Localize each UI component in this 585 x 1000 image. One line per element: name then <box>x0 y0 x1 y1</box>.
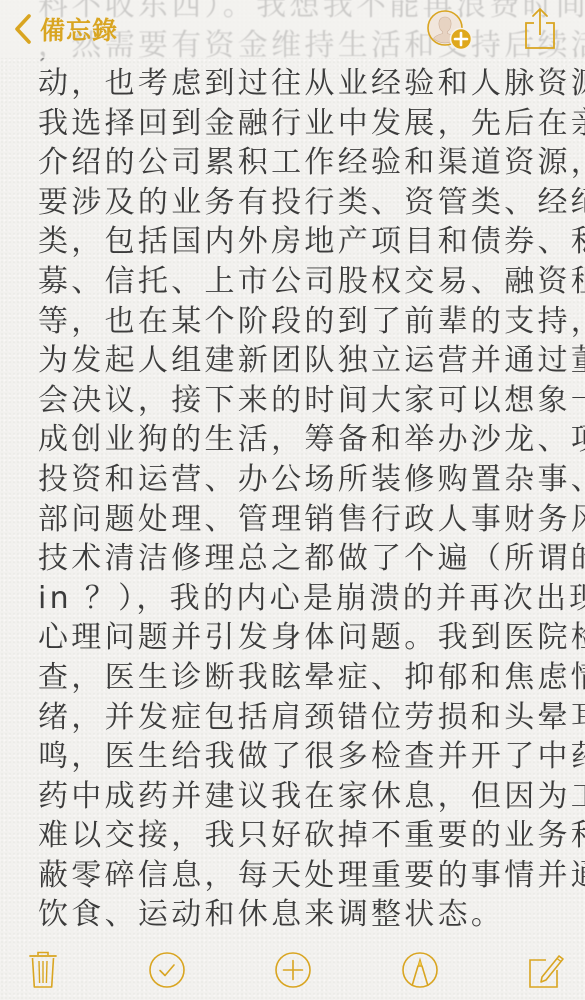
checklist-button[interactable] <box>145 948 189 992</box>
markup-button[interactable] <box>398 948 442 992</box>
note-line: 为发起人组建新团队独立运营并通过董事 <box>38 341 538 381</box>
note-line: 鸣，医生给我做了很多检查并开了中药西 <box>38 737 538 777</box>
note-line: 我选择回到金融行业中发展，先后在亲友 <box>38 104 538 144</box>
trash-icon <box>28 950 58 990</box>
add-button[interactable] <box>271 948 315 992</box>
note-line: in ？），我的内心是崩溃的并再次出现了 <box>38 579 538 619</box>
note-line: 成创业狗的生活，筹备和举办沙龙、项目 <box>38 420 538 460</box>
pen-tip-circle-icon <box>401 951 439 989</box>
note-line: 介绍的公司累积工作经验和渠道资源，主 <box>38 143 538 183</box>
back-label: 備忘錄 <box>40 11 118 47</box>
bottom-toolbar <box>0 940 585 1000</box>
note-line: 技术清洁修理总之都做了个遍（所谓的all <box>38 539 538 579</box>
note-line: 募、信托、上市公司股权交易、融资租赁 <box>38 262 538 302</box>
checkmark-circle-icon <box>148 951 186 989</box>
note-line: 会决议，接下来的时间大家可以想象一下 <box>38 381 538 421</box>
note-line: 查，医生诊断我眩晕症、抑郁和焦虑情 <box>38 658 538 698</box>
note-line: 蔽零碎信息，每天处理重要的事情并通过 <box>38 856 538 896</box>
note-line: 类，包括国内外房地产项目和债券、私 <box>38 222 538 262</box>
note-line: 绪，并发症包括肩颈错位劳损和头晕耳 <box>38 698 538 738</box>
back-button[interactable]: 備忘錄 <box>14 12 118 46</box>
note-line: 药中成药并建议我在家休息，但因为工作 <box>38 777 538 817</box>
note-line: 饮食、运动和休息来调整状态。 <box>38 895 538 935</box>
share-icon <box>523 35 557 54</box>
note-body[interactable]: 动，也考虑到过往从业经验和人脉资源， 我选择回到金融行业中发展，先后在亲友 介绍… <box>38 64 538 935</box>
add-people-button[interactable] <box>426 9 474 51</box>
compose-icon <box>526 950 566 990</box>
chevron-left-icon <box>14 13 32 45</box>
note-line: 动，也考虑到过往从业经验和人脉资源， <box>38 64 538 104</box>
plus-circle-icon <box>274 951 312 989</box>
note-line: 难以交接，我只好砍掉不重要的业务和屏 <box>38 816 538 856</box>
note-line: 等，也在某个阶段的到了前辈的支持，作 <box>38 302 538 342</box>
note-line: 要涉及的业务有投行类、资管类、经纪 <box>38 183 538 223</box>
note-line: 心理问题并引发身体问题。我到医院检 <box>38 618 538 658</box>
note-line: 部问题处理、管理销售行政人事财务风控 <box>38 500 538 540</box>
note-line: 投资和运营、办公场所装修购置杂事、内 <box>38 460 538 500</box>
compose-button[interactable] <box>524 948 568 992</box>
person-add-icon <box>426 36 474 55</box>
share-button[interactable] <box>523 6 557 50</box>
delete-button[interactable] <box>21 948 65 992</box>
navigation-bar: 備忘錄 <box>0 0 585 58</box>
